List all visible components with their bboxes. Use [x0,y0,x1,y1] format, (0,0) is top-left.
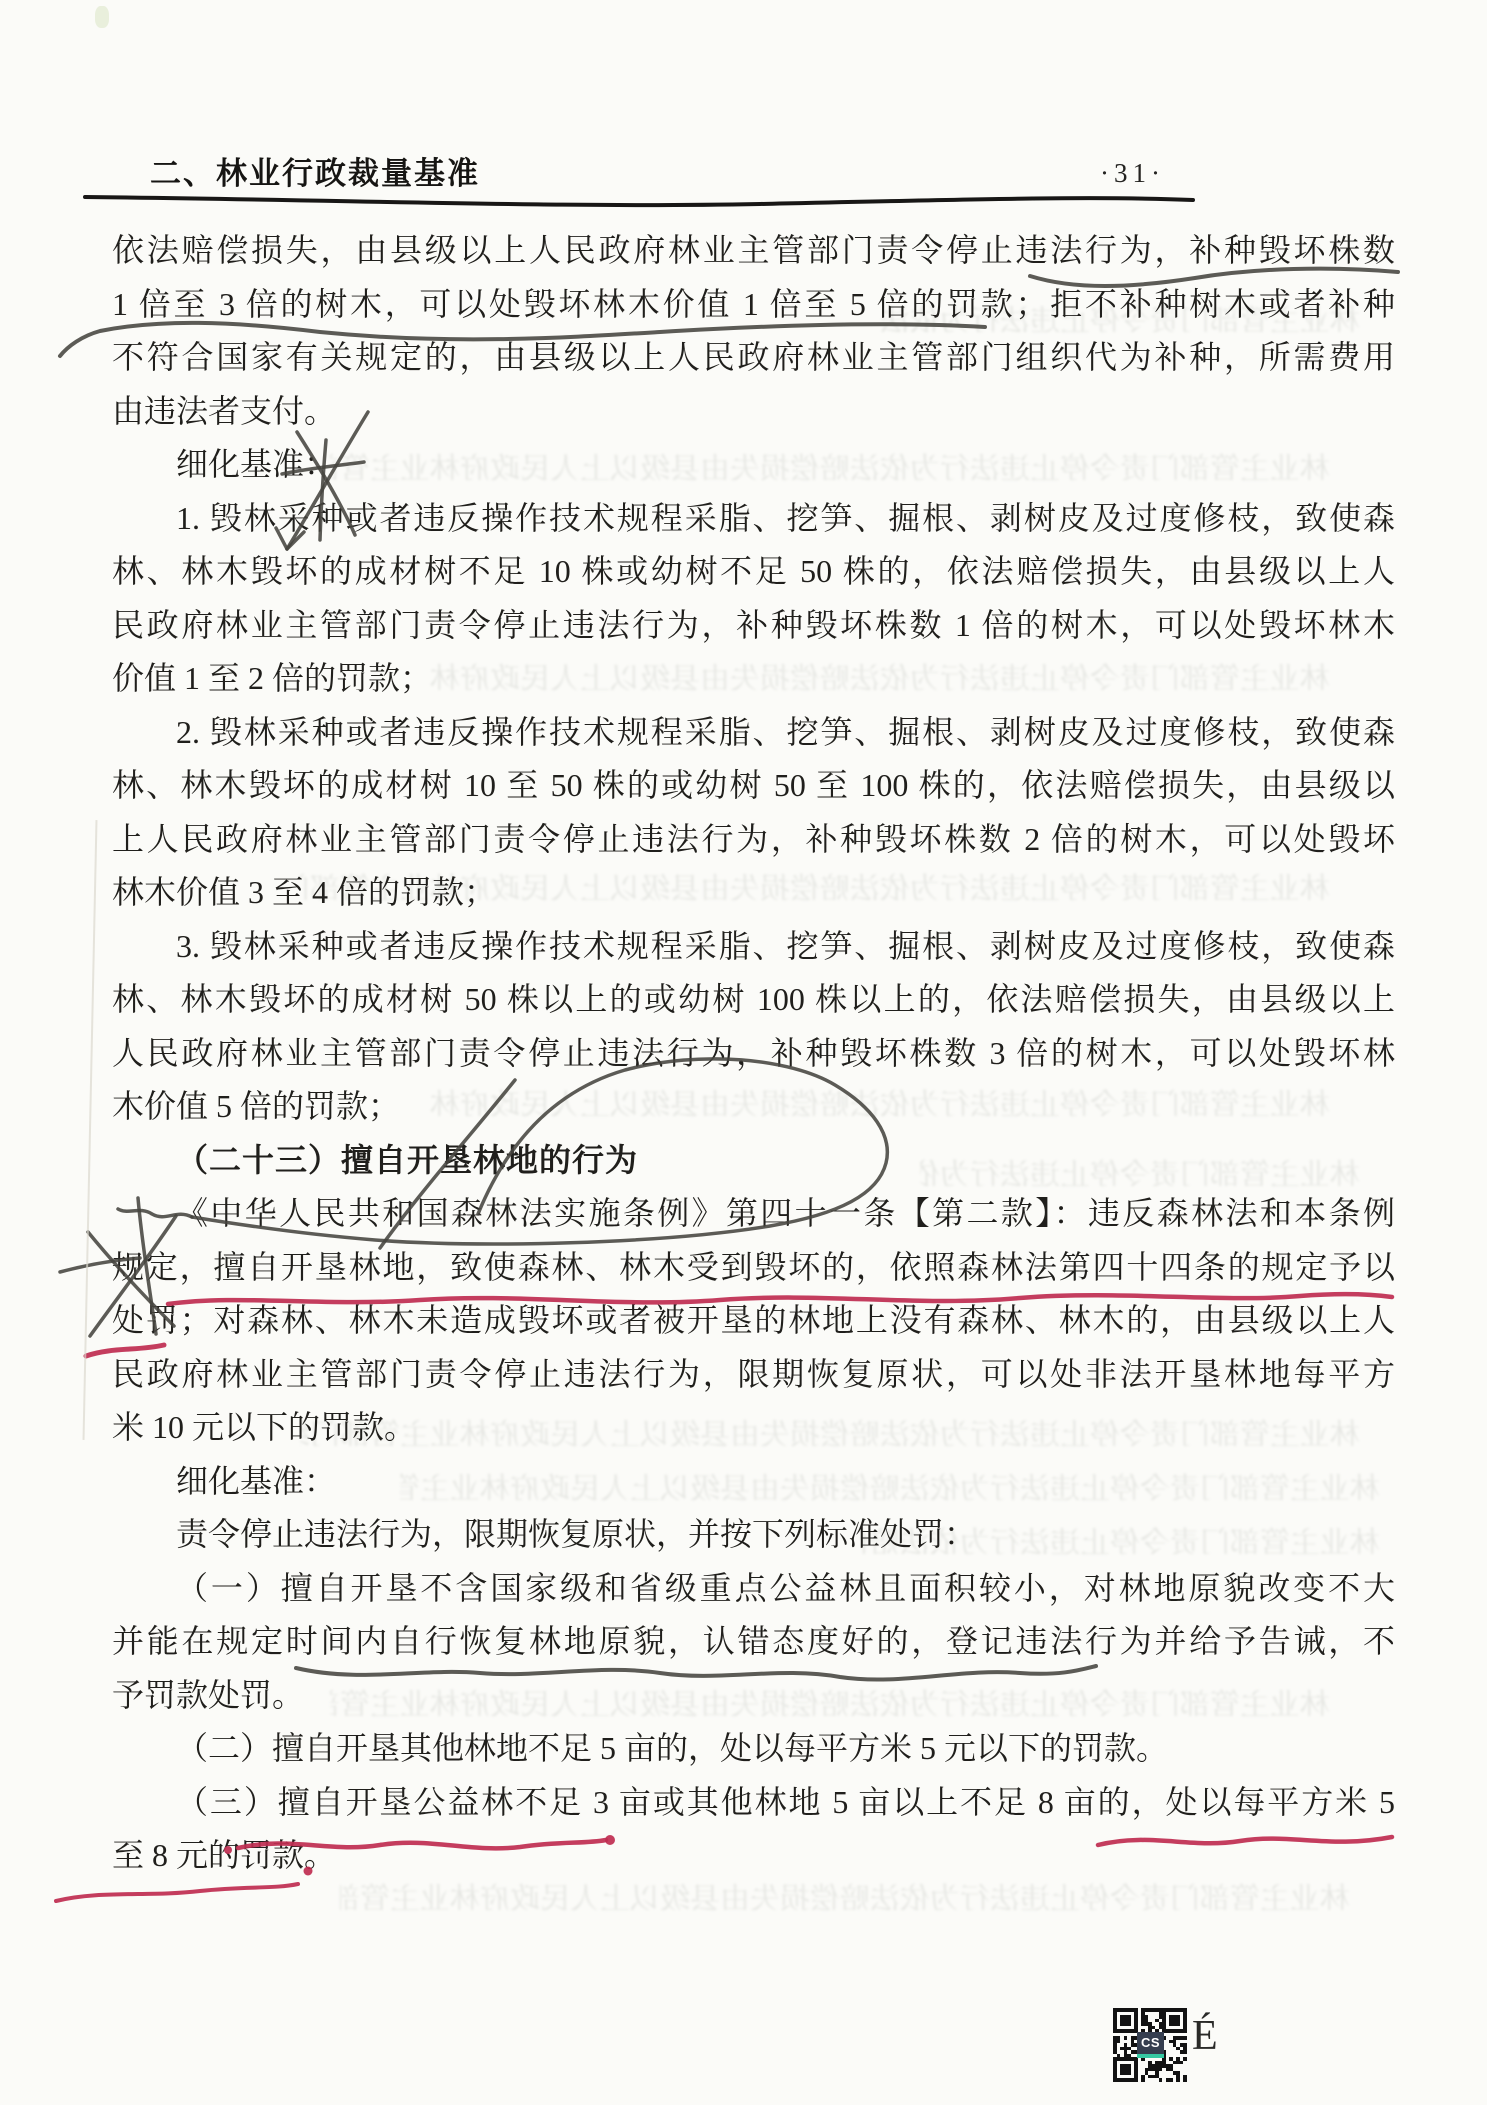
text-line-24: 细化基准： [112,1455,1395,1509]
text-line-1: 依法赔偿损失，由县级以上人民政府林业主管部门责令停止违法行为，补种毁坏株数 [112,224,1395,278]
scan-speck [95,6,109,28]
text-line-31: 至 8 元的罚款。 [112,1829,1395,1883]
text-line-4: 由违法者支付。 [112,385,1395,439]
qr-center-logo: CS [1137,2032,1164,2054]
text-line-7: 林、林木毁坏的成材树不足 10 株或幼树不足 50 株的，依法赔偿损失，由县级以… [112,545,1395,599]
qr-code: CS [1113,2008,1187,2082]
text-line-15: 林、林木毁坏的成材树 50 株以上的或幼树 100 株以上的，依法赔偿损失，由县… [112,973,1395,1027]
text-line-8: 民政府林业主管部门责令停止违法行为，补种毁坏株数 1 倍的树木，可以处毁坏林木 [112,599,1395,653]
text-line-28: 予罚款处罚。 [112,1669,1395,1723]
page-header-title: 二、林业行政裁量基准 [150,148,480,193]
text-line-19: 《中华人民共和国森林法实施条例》第四十一条【第二款】：违反森林法和本条例 [112,1187,1395,1241]
text-line-3: 不符合国家有关规定的，由县级以上人民政府林业主管部门组织代为补种，所需费用 [112,331,1395,385]
stamp-character: É [1192,2012,1218,2060]
text-line-6: 1. 毁林采种或者违反操作技术规程采脂、挖笋、掘根、剥树皮及过度修枝，致使森 [112,492,1395,546]
page-number: ·31· [1100,158,1165,189]
text-line-23: 米 10 元以下的罚款。 [112,1401,1395,1455]
text-line-2: 1 倍至 3 倍的树木，可以处毁坏林木价值 1 倍至 5 倍的罚款；拒不补种树木… [112,278,1395,332]
text-line-29: （二）擅自开垦其他林地不足 5 亩的，处以每平方米 5 元以下的罚款。 [112,1722,1395,1776]
text-line-16: 人民政府林业主管部门责令停止违法行为，补种毁坏株数 3 倍的树木，可以处毁坏林 [112,1027,1395,1081]
text-line-27: 并能在规定时间内自行恢复林地原貌，认错态度好的，登记违法行为并给予告诫，不 [112,1615,1395,1669]
text-line-10: 2. 毁林采种或者违反操作技术规程采脂、挖笋、掘根、剥树皮及过度修枝，致使森 [112,706,1395,760]
scanned-document-page: 二、林业行政裁量基准 ·31· 林业主管部门责令停止违法行为依法赔偿损失由县级以… [0,0,1487,2105]
text-line-20: 规定，擅自开垦林地，致使森林、林木受到毁坏的，依照森林法第四十四条的规定予以 [112,1241,1395,1295]
text-line-17: 木价值 5 倍的罚款； [112,1080,1395,1134]
text-line-13: 林木价值 3 至 4 倍的罚款； [112,866,1395,920]
text-line-22: 民政府林业主管部门责令停止违法行为，限期恢复原状，可以处非法开垦林地每平方 [112,1348,1395,1402]
text-line-18: （二十三）擅自开垦林地的行为 [112,1134,1395,1188]
text-line-12: 上人民政府林业主管部门责令停止违法行为，补种毁坏株数 2 倍的树木，可以处毁坏 [112,813,1395,867]
text-line-26: （一）擅自开垦不含国家级和省级重点公益林且面积较小，对林地原貌改变不大 [112,1562,1395,1616]
text-line-11: 林、林木毁坏的成材树 10 至 50 株的或幼树 50 至 100 株的，依法赔… [112,759,1395,813]
text-line-21: 处罚；对森林、林木未造成毁坏或者被开垦的林地上没有森林、林木的，由县级以上人 [112,1294,1395,1348]
text-line-5: 细化基准： [112,438,1395,492]
text-line-25: 责令停止违法行为，限期恢复原状，并按下列标准处罚： [112,1508,1395,1562]
text-line-30: （三）擅自开垦公益林不足 3 亩或其他林地 5 亩以上不足 8 亩的，处以每平方… [112,1776,1395,1830]
document-body: 依法赔偿损失，由县级以上人民政府林业主管部门责令停止违法行为，补种毁坏株数1 倍… [112,224,1395,1883]
page-crease-line [83,820,98,1440]
text-line-9: 价值 1 至 2 倍的罚款； [112,652,1395,706]
text-line-14: 3. 毁林采种或者违反操作技术规程采脂、挖笋、掘根、剥树皮及过度修枝，致使森 [112,920,1395,974]
